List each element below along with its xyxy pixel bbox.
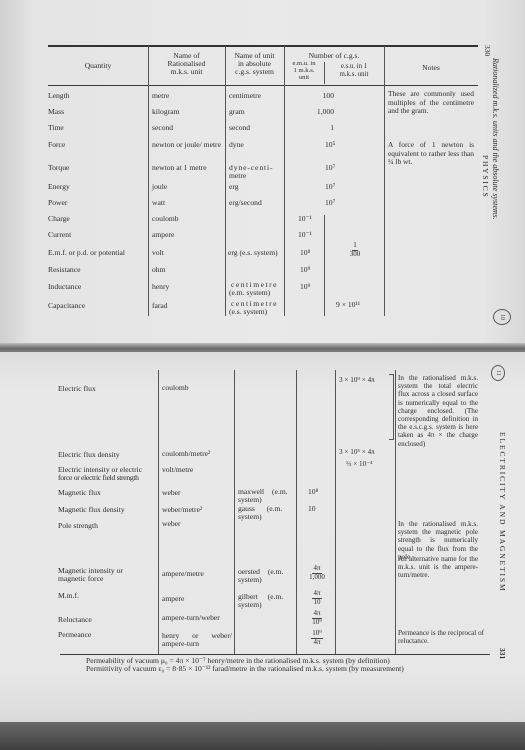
header-mks-unit-3: m.k.s. unit xyxy=(148,68,225,76)
page-number: 330 xyxy=(483,45,492,56)
note-length-mass: These are commonly used multiples of the… xyxy=(388,90,474,116)
header-notes: Notes xyxy=(384,64,478,72)
cgs-unit-cont: system) xyxy=(238,601,262,609)
mks-unit: weber/metre² xyxy=(162,506,202,514)
quantity-inductance: Inductance xyxy=(48,283,81,291)
side-title: Rationalized m.k.s. units and the absolu… xyxy=(491,58,500,220)
mks-unit: metre xyxy=(152,92,169,100)
quantity-magnetic-flux-density: Magnetic flux density xyxy=(58,506,125,514)
page-number: 331 xyxy=(498,648,507,659)
emu-value: 10⁸ xyxy=(300,249,310,257)
emu-fraction: 4π 10⁹ xyxy=(302,610,332,626)
quantity-charge: Charge xyxy=(48,215,70,223)
esu-value: ⅓ × 10⁻⁴ xyxy=(346,460,373,468)
column-divider xyxy=(324,215,325,316)
header-emu-3: unit xyxy=(284,74,324,81)
conversion-value: 1 xyxy=(300,124,334,132)
fraction-denominator: 10⁹ xyxy=(312,619,321,627)
cgs-unit: erg xyxy=(229,183,239,191)
mks-unit: newton at 1 metre xyxy=(152,164,207,172)
mks-unit: weber xyxy=(162,520,181,528)
column-divider xyxy=(296,370,297,654)
quantity-magnetic-flux: Magnetic flux xyxy=(58,489,101,497)
header-bottom-rule xyxy=(48,85,478,86)
cgs-unit-cont: system) xyxy=(238,513,262,521)
emu-value: 10⁹ xyxy=(300,266,310,274)
header-quantity: Quantity xyxy=(48,62,148,70)
mks-unit: henry xyxy=(152,283,169,291)
running-head: PHYSICS xyxy=(481,155,490,198)
conversion-value: 10⁷ xyxy=(325,199,335,207)
quantity-electric-intensity-cont: force or electric field strength xyxy=(58,474,139,482)
mks-unit: joule xyxy=(152,183,167,191)
header-esu-2: m.k.s. unit xyxy=(324,71,384,79)
emu-fraction: 4π 1,000 xyxy=(302,565,332,581)
cgs-unit: centimetre xyxy=(229,92,261,100)
fraction-denominator: 4π xyxy=(313,639,320,647)
mks-unit: ampere xyxy=(152,231,174,239)
conversion-value: 10⁷ xyxy=(325,164,335,172)
fraction-denominator: 10 xyxy=(314,599,321,607)
quantity-pole-strength: Pole strength xyxy=(58,522,98,530)
esu-value: 3 × 10⁵ × 4π xyxy=(339,448,375,456)
fraction-denominator: 300 xyxy=(350,251,361,259)
cgs-unit-cont: (e.m. system) xyxy=(229,289,270,297)
emu-value: 10⁹ xyxy=(300,283,310,291)
column-divider xyxy=(158,370,159,654)
mks-unit: coulomb xyxy=(162,384,189,392)
column-divider xyxy=(335,370,336,654)
mks-unit: farad xyxy=(152,302,168,310)
quantity-permeance: Permeance xyxy=(58,631,91,639)
note-permeance: Permeance is the reciprocal of reluctanc… xyxy=(398,629,484,645)
mks-unit: volt xyxy=(152,249,164,257)
mks-unit: coulomb xyxy=(152,215,179,223)
cgs-unit: erg/second xyxy=(229,199,262,207)
quantity-power: Power xyxy=(48,199,67,207)
column-divider xyxy=(234,370,235,654)
mks-unit: coulomb/metre² xyxy=(162,450,210,458)
emu-value: 10⁻¹ xyxy=(298,231,312,239)
quantity-emf: E.m.f. or p.d. or potential xyxy=(48,249,125,257)
quantity-electric-flux-density: Electric flux density xyxy=(58,451,120,459)
note-magnetic-intensity: An alternative name for the m.k.s. unit … xyxy=(398,555,478,580)
conversion-value: 10⁷ xyxy=(325,183,335,191)
conversion-value: 1,000 xyxy=(300,108,334,116)
mks-unit: ohm xyxy=(152,266,166,274)
emu-fraction: 4π 10 xyxy=(302,590,332,606)
mks-unit: newton or joule/ metre xyxy=(152,141,222,149)
emu-value: 10 xyxy=(308,505,316,513)
quantity-capacitance: Capacitance xyxy=(48,302,85,310)
quantity-mass: Mass xyxy=(48,108,64,116)
mks-unit: weber xyxy=(162,489,181,497)
cgs-unit: gram xyxy=(229,108,245,116)
mks-unit: volt/metre xyxy=(162,466,193,474)
column-divider xyxy=(148,46,149,316)
esu-fraction: 1 300 xyxy=(344,242,366,258)
table-top-rule xyxy=(48,45,478,47)
emu-value: 10⁻¹ xyxy=(298,215,312,223)
note-electric-flux: In the rationalised m.k.s. system the to… xyxy=(398,374,478,448)
mks-unit: ampere/metre xyxy=(162,570,204,578)
quantity-mmf: M.m.f. xyxy=(58,592,79,600)
esu-value: 3 × 10⁹ × 4π xyxy=(339,376,375,384)
quantity-magnetic-intensity-cont: magnetic force xyxy=(58,575,103,583)
page-331: Electric flux Electric flux density Elec… xyxy=(0,352,525,727)
mks-unit: kilogram xyxy=(152,108,179,116)
note-force: A force of 1 newton is equivalent to rat… xyxy=(388,141,474,167)
mks-unit: watt xyxy=(152,199,165,207)
page-330: Quantity Name of Rationalised m.k.s. uni… xyxy=(0,0,525,345)
quantity-resistance: Resistance xyxy=(48,266,80,274)
column-divider xyxy=(395,370,396,654)
margin-annotation-circle: 11 xyxy=(491,365,505,381)
quantity-energy: Energy xyxy=(48,183,70,191)
quantity-torque: Torque xyxy=(48,164,69,172)
conversion-value: 100 xyxy=(300,92,334,100)
running-head: ELECTRICITY AND MAGNETISM xyxy=(498,432,507,593)
quantity-reluctance: Reluctance xyxy=(58,616,92,624)
quantity-current: Current xyxy=(48,231,71,239)
quantity-time: Time xyxy=(48,124,64,132)
mks-unit: ampere-turn/weber xyxy=(162,614,220,622)
header-cgs-unit-3: c.g.s. system xyxy=(225,68,284,76)
cgs-unit: erg (e.s. system) xyxy=(228,249,278,257)
fraction-denominator: 1,000 xyxy=(309,574,325,582)
esu-value: 9 × 10¹¹ xyxy=(336,301,360,309)
column-divider xyxy=(384,46,385,316)
emu-value: 10⁸ xyxy=(308,488,318,496)
quantity-force: Force xyxy=(48,141,65,149)
cgs-unit-cont: (e.s. system) xyxy=(229,308,267,316)
column-divider xyxy=(284,46,285,316)
cgs-unit-cont: system) xyxy=(238,576,262,584)
scan-background xyxy=(0,722,525,750)
cgs-unit: second xyxy=(229,124,250,132)
mks-unit-cont: ampere-turn xyxy=(162,640,199,648)
emu-fraction: 10⁹ 4π xyxy=(302,630,332,646)
cgs-unit-cont: metre xyxy=(229,172,246,180)
table-bottom-rule xyxy=(60,654,490,655)
margin-annotation-circle: 10 xyxy=(493,309,511,325)
quantity-electric-flux: Electric flux xyxy=(58,385,96,393)
mks-unit: second xyxy=(152,124,173,132)
conversion-value: 10⁵ xyxy=(325,141,335,149)
bracket xyxy=(389,374,394,440)
column-divider xyxy=(225,46,226,316)
cgs-unit: dyne xyxy=(229,141,244,149)
quantity-length: Length xyxy=(48,92,70,100)
mks-unit: ampere xyxy=(162,595,184,603)
footnote-permittivity: Permittivity of vacuum ε₀ = 8·85 × 10⁻¹²… xyxy=(86,665,404,673)
